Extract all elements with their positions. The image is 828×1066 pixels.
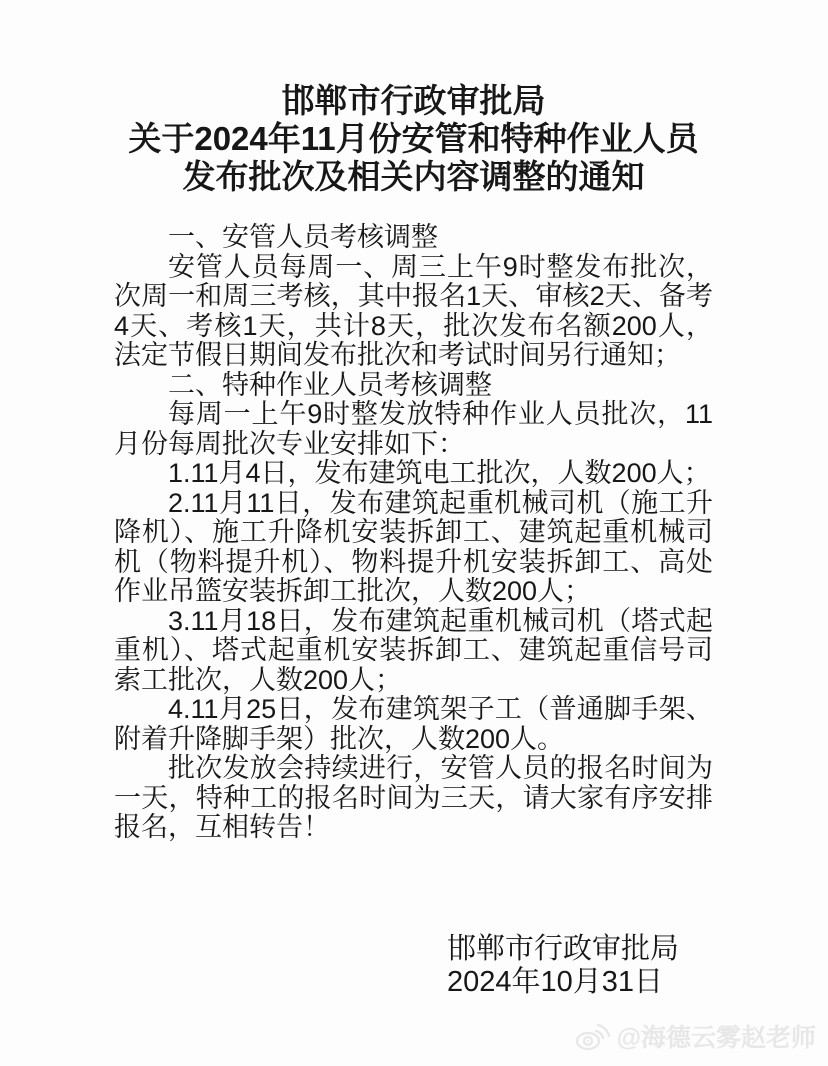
batch-item-3: 3.11月18日，发布建筑起重机械司机（塔式起重机）、塔式起重机安装拆卸工、建筑…	[114, 607, 713, 696]
notice-body: 一、安管人员考核调整 安管人员每周一、周三上午9时整发布批次，次周一和周三考核，…	[114, 223, 713, 843]
notice-title: 邯郸市行政审批局 关于2024年11月份安管和特种作业人员发布批次及相关内容调整…	[114, 82, 713, 196]
watermark-text: @海德云雾赵老师	[617, 1018, 816, 1054]
batch-item-1: 1.11月4日，发布建筑电工批次，人数200人；	[114, 459, 713, 489]
issuing-org-title: 邯郸市行政审批局	[114, 82, 713, 120]
batch-item-2: 2.11月11日，发布建筑起重机械司机（施工升降机）、施工升降机安装拆卸工、建筑…	[114, 489, 713, 607]
signature-date: 2024年10月31日	[447, 966, 713, 999]
weibo-icon	[575, 1021, 611, 1051]
closing-paragraph: 批次发放会持续进行，安管人员的报名时间为一天，特种工的报名时间为三天，请大家有序…	[114, 754, 713, 843]
notice-content: 邯郸市行政审批局 关于2024年11月份安管和特种作业人员发布批次及相关内容调整…	[114, 82, 713, 999]
notice-document: 邯郸市行政审批局 关于2024年11月份安管和特种作业人员发布批次及相关内容调整…	[0, 0, 828, 1066]
section-1-body: 安管人员每周一、周三上午9时整发布批次，次周一和周三考核，其中报名1天、审核2天…	[114, 253, 713, 371]
section-1-heading: 一、安管人员考核调整	[114, 223, 713, 253]
signature-block: 邯郸市行政审批局 2024年10月31日	[447, 933, 713, 999]
section-2-intro: 每周一上午9时整发放特种作业人员批次，11月份每周批次专业安排如下：	[114, 400, 713, 459]
watermark: @海德云雾赵老师	[575, 1018, 816, 1054]
section-2-heading: 二、特种作业人员考核调整	[114, 371, 713, 401]
batch-item-4: 4.11月25日，发布建筑架子工（普通脚手架、附着升降脚手架）批次，人数200人…	[114, 695, 713, 754]
signature-org: 邯郸市行政审批局	[447, 933, 713, 966]
notice-subject-title: 关于2024年11月份安管和特种作业人员发布批次及相关内容调整的通知	[114, 120, 713, 196]
